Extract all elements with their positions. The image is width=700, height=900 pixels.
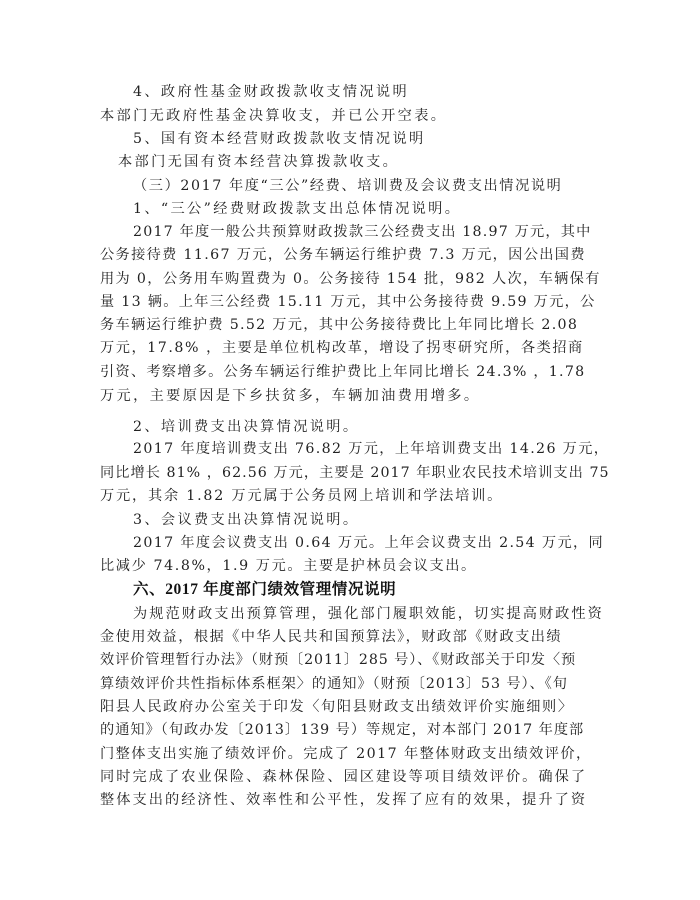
subheading-state-capital: 5、国有资本经营财政拨款收支情况说明 (133, 129, 600, 149)
subheading-three-public-overview: 1、“三公”经费财政拨款支出总体情况说明。 (133, 199, 600, 219)
paragraph-meeting-line-2: 比减少 74.8%，1.9 万元。主要是护林员会议支出。 (100, 556, 600, 576)
paragraph-performance-line-1: 为规范财政支出预算管理，强化部门履职效能，切实提高财政性资 (133, 604, 600, 624)
subheading-training-fee: 2、培训费支出决算情况说明。 (133, 417, 600, 437)
paragraph-performance-line-8: 同时完成了农业保险、森林保险、园区建设等项目绩效评价。确保了 (100, 767, 600, 787)
document-page: 4、政府性基金财政拨款收支情况说明 本部门无政府性基金决算收支，并已公开空表。 … (0, 0, 700, 900)
paragraph-performance-line-9: 整体支出的经济性、效率性和公平性，发挥了应有的效果，提升了资 (100, 790, 600, 810)
paragraph-three-public-line-3: 用为 0，公务用车购置费为 0。公务接待 154 批，982 人次，车辆保有 (100, 269, 600, 289)
paragraph-training-line-1: 2017 年度培训费支出 76.82 万元，上年培训费支出 14.26 万元， (133, 439, 600, 459)
paragraph-three-public-line-5: 务车辆运行维护费 5.52 万元，其中公务接待费比上年同比增长 2.08 (100, 315, 600, 335)
paragraph-training-line-3: 万元，其余 1.82 万元属于公务员网上培训和学法培训。 (100, 486, 600, 506)
paragraph-three-public-line-6: 万元，17.8% ，主要是单位机构改革，增设了拐枣研究所，各类招商 (100, 338, 600, 358)
paragraph-three-public-line-2: 公务接待费 11.67 万元，公务车辆运行维护费 7.3 万元，因公出国费 (100, 245, 600, 265)
paragraph-performance-line-7: 门整体支出实施了绩效评价。完成了 2017 年整体财政支出绩效评价， (100, 744, 600, 764)
paragraph-three-public-line-8: 万元，主要原因是下乡扶贫多，车辆加油费用增多。 (100, 386, 600, 406)
paragraph-government-fund: 本部门无政府性基金决算收支，并已公开空表。 (100, 106, 600, 126)
subheading-meeting-fee: 3、会议费支出决算情况说明。 (133, 510, 600, 530)
paragraph-meeting-line-1: 2017 年度会议费支出 0.64 万元。上年会议费支出 2.54 万元，同 (133, 533, 600, 553)
section-heading-performance-management: 六、2017 年度部门绩效管理情况说明 (133, 580, 600, 600)
paragraph-performance-line-5: 阳县人民政府办公室关于印发〈旬阳县财政支出绩效评价实施细则〉 (100, 697, 600, 717)
paragraph-three-public-line-4: 量 13 辆。上年三公经费 15.11 万元，其中公务接待费 9.59 万元，公 (100, 292, 600, 312)
paragraph-three-public-line-1: 2017 年度一般公共预算财政拨款三公经费支出 18.97 万元，其中 (133, 222, 600, 242)
paragraph-performance-line-2: 金使用效益，根据《中华人民共和国预算法》，财政部《财政支出绩 (100, 627, 600, 647)
paragraph-three-public-line-7: 引资、考察增多。公务车辆运行维护费比上年同比增长 24.3% ，1.78 (100, 362, 600, 382)
subheading-government-fund: 4、政府性基金财政拨款收支情况说明 (133, 82, 600, 102)
paragraph-training-line-2: 同比增长 81% ，62.56 万元，主要是 2017 年职业农民技术培训支出 … (100, 463, 600, 483)
paragraph-performance-line-3: 效评价管理暂行办法》（财预〔2011〕285 号）、《财政部关于印发〈预 (100, 650, 600, 670)
section-heading-three-public: （三）2017 年度“三公”经费、培训费及会议费支出情况说明 (133, 176, 600, 196)
paragraph-state-capital: 本部门无国有资本经营决算拨款收支。 (118, 152, 600, 172)
paragraph-performance-line-4: 算绩效评价共性指标体系框架〉的通知》（财预〔2013〕53 号）、《旬 (100, 674, 600, 694)
paragraph-performance-line-6: 的通知》（旬政办发〔2013〕139 号）等规定，对本部门 2017 年度部 (100, 720, 600, 740)
